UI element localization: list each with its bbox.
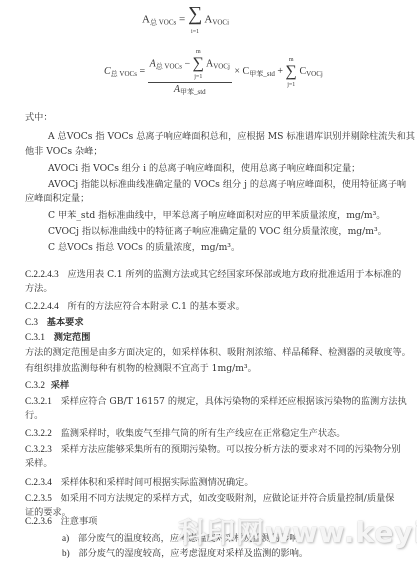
eq2-lhs-group: C总 VOCs =	[104, 66, 145, 79]
eq2-plus: +	[277, 66, 283, 77]
eq1-lhs: A	[142, 14, 150, 26]
eq2-fraction: A总 VOCs − m ∑ j=1 AVOCj A甲苯_std	[148, 47, 232, 97]
eq1-sum-bottom: i=1	[191, 29, 199, 35]
section-line: C.3.2.1 采样应符合 GB/T 16157 的规定，具体污染物的采样还应根…	[25, 395, 407, 408]
eq2-equals: =	[139, 66, 145, 77]
section-number: C.3.1	[25, 331, 45, 343]
list-marker: a)	[62, 532, 69, 544]
definition-line: C 总VOCs 指总 VOCs 的质量浓度，mg/m³。	[48, 242, 240, 254]
sigma-symbol: ∑	[193, 55, 204, 72]
eq1-sum: ∑ i=1	[188, 4, 202, 36]
section-text: 应选用表 C.1 所列的监测方法或其它经国家环保部或地方政府批准适用于本标准的	[67, 269, 401, 280]
eq2-den-sub: 甲苯_std	[180, 88, 206, 96]
eq2-sum: m ∑ j=1	[286, 55, 297, 89]
definition-line: AVOCi 指 VOCs 组分 i 的总离子响应峰面积，使用总离子响应峰面积定量…	[48, 163, 360, 175]
section-number: C.3.2.1	[25, 395, 52, 407]
eq2-lhs: C	[104, 66, 111, 77]
paragraph-line: 方法的测定范围是由多方面决定的，如采样体积、吸附剂浓缩、样品稀释、检测器的灵敏度…	[25, 347, 411, 359]
eq2-times: × C	[234, 66, 249, 77]
definition-line: CVOCj 指以标准曲线中的特征离子响应准确定量的 VOC 组分质量浓度，mg/…	[48, 226, 387, 238]
eq1-rhs-sub: VOCi	[212, 19, 229, 27]
sigma-symbol: ∑	[286, 63, 297, 80]
section-heading: C.3.1 测定范围	[25, 331, 90, 344]
section-line: C.2.3.4 采样体积和采样时间可根据实际监测情况确定。	[25, 476, 254, 489]
eq2-denominator: A甲苯_std	[148, 83, 232, 97]
where-label: 式中：	[25, 112, 53, 124]
eq2-num-a-sub: 总 VOCs	[156, 62, 182, 70]
equation-total-area: A总 VOCs = ∑ i=1 AVOCi	[142, 4, 229, 36]
watermark: 科印网www.keyin.cn	[178, 511, 417, 551]
eq1-lhs-sub: 总 VOCs	[150, 19, 176, 27]
eq2-num-b-sub: VOCj	[213, 62, 230, 70]
section-line: 方法。	[25, 283, 53, 295]
section-line: C.2.3.5 如采用不同方法规定的采样方式，如改变吸附剂，应做论证并符合质量控…	[25, 492, 394, 505]
section-title: 测定范围	[54, 332, 91, 343]
definition-line: A 总VOCs 指 VOCs 总离子响应峰面积总和，应根据 MS 标准谱库识别并…	[48, 131, 415, 143]
eq2-numerator: A总 VOCs − m ∑ j=1 AVOCj	[148, 47, 232, 83]
paragraph-line: 有组织排放监测每种有机物的检测限不宜高于 1mg/m³。	[25, 363, 257, 375]
definition-line: 应峰面积定量；	[25, 193, 89, 205]
definition-line: C 甲苯_std 指标准曲线中，甲苯总离子响应峰面积对应的甲苯质量浓度，mg/m…	[48, 210, 385, 222]
section-number: C.2.2.4.3	[25, 268, 59, 280]
list-marker: b)	[62, 547, 70, 559]
section-text: 注意事项	[61, 516, 98, 527]
eq2-num-sum: m ∑ j=1	[193, 47, 204, 81]
section-text: 所有的方法应符合本附录 C.1 的基本要求。	[67, 301, 245, 312]
eq2-num-sum-bottom: j=1	[194, 74, 202, 80]
section-line: C.3.2.3 采样方法应能够采集所有的预期污染物。可以按分析方法的要求对不同的…	[25, 443, 401, 456]
eq2-sum-bottom: j=1	[287, 82, 295, 88]
section-line: 行。	[25, 410, 43, 422]
eq1-equals: =	[179, 14, 185, 26]
section-text: 如采用不同方法规定的采样方式，如改变吸附剂，应做论证并符合质量控制/质量保	[61, 493, 395, 504]
section-line: C.3.2.2 监测采样时，收集废气至排气筒的所有生产线应在正常稳定生产状态。	[25, 427, 345, 440]
section-heading: C.3.2 采样	[25, 379, 69, 392]
sigma-symbol: ∑	[188, 3, 202, 25]
section-heading: C.3 基本要求	[25, 316, 84, 329]
eq2-lhs-sub: 总 VOCs	[111, 70, 137, 78]
eq2-minus: −	[184, 58, 190, 69]
eq2-times-sub: 甲苯_std	[249, 70, 275, 78]
section-number: C.2.3.5	[25, 492, 52, 504]
equation-total-concentration: C总 VOCs = A总 VOCs − m ∑ j=1 AVOCj A甲苯_st…	[104, 47, 323, 97]
eq2-last-group: CVOCj	[299, 66, 322, 78]
section-text: 采样方法应能够采集所有的预期污染物。可以按分析方法的要求对不同的污染物分别	[61, 444, 401, 455]
section-title: 基本要求	[47, 317, 84, 328]
section-number: C.3.2	[25, 379, 45, 391]
section-line: 采样。	[25, 458, 53, 470]
section-line: C.2.2.4.4 所有的方法应符合本附录 C.1 的基本要求。	[25, 300, 245, 313]
section-text: 采样体积和采样时间可根据实际监测情况确定。	[61, 477, 254, 488]
section-line: C.2.3.6 注意事项	[25, 515, 97, 528]
section-number: C.3	[25, 316, 38, 328]
eq2-last-sub: VOCj	[306, 70, 323, 78]
definition-line: AVOCj 指能以标准曲线准确定量的 VOCs 组分 j 的总离子响应峰面积，使…	[48, 179, 406, 191]
eq2-rhs-group: × C甲苯_std +	[234, 66, 283, 79]
definition-line: 他非 VOCs 杂峰；	[25, 146, 103, 158]
section-text: 监测采样时，收集废气至排气筒的所有生产线应在正常稳定生产状态。	[61, 428, 346, 439]
section-line: C.2.2.4.3 应选用表 C.1 所列的监测方法或其它经国家环保部或地方政府…	[25, 268, 401, 281]
section-number: C.2.2.4.4	[25, 300, 59, 312]
section-number: C.3.2.2	[25, 427, 52, 439]
section-title: 采样	[51, 380, 69, 391]
section-text: 采样应符合 GB/T 16157 的规定，具体污染物的采样还应根据该污染物的监测…	[61, 396, 407, 407]
section-number: C.2.3.6	[25, 515, 52, 527]
section-number: C.3.2.3	[25, 443, 52, 455]
document-page: A总 VOCs = ∑ i=1 AVOCi C总 VOCs = A总 VOCs …	[0, 0, 417, 561]
section-number: C.2.3.4	[25, 476, 52, 488]
